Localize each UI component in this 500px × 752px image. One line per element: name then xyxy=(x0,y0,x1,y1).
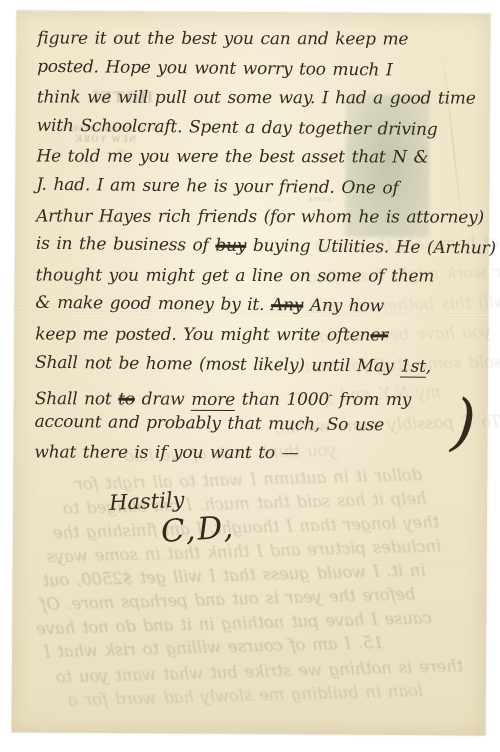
handwriting-line: & make good money by it. Any Any how xyxy=(35,289,480,323)
bleedthrough-line: 15. I am of course willing to risk what … xyxy=(44,633,384,661)
handwriting-segment-u: 1st xyxy=(400,356,426,377)
signature-initials: C,D, xyxy=(160,509,236,550)
handwriting-segment-strike: er xyxy=(370,325,388,345)
bleedthrough-handwriting: at home old than thator work might I am … xyxy=(17,10,491,13)
handwriting-line: He told me you were the best asset that … xyxy=(36,143,481,174)
handwriting-line: think we will pull out some way. I had a… xyxy=(37,84,482,115)
handwriting-segment: & make good money by it. xyxy=(35,293,271,315)
handwriting-segment: with Schoolcraft. Spent a day together d… xyxy=(37,116,438,140)
handwriting-line: figure it out the best you can and keep … xyxy=(37,24,482,55)
handwriting-line: what there is if you want to — xyxy=(34,439,479,470)
handwriting-line: Arthur Hayes rich friends (for whom he i… xyxy=(36,202,481,233)
handwriting-segment: Arthur Hayes rich friends (for whom he i… xyxy=(36,206,484,227)
letter-body: figure it out the best you can and keep … xyxy=(34,24,482,471)
handwriting-segment: think we will pull out some way. I had a… xyxy=(37,88,476,109)
handwriting-line: posted. Hope you wont worry too much I xyxy=(37,52,482,86)
handwriting-segment: Any how xyxy=(303,296,384,317)
handwriting-segment: He told me you were the best asset that … xyxy=(36,147,428,168)
handwriting-line: thought you might get a line on some of … xyxy=(36,261,481,292)
handwriting-line: is in the business of buy buying Utiliti… xyxy=(36,230,481,264)
handwriting-segment-strike: Any xyxy=(271,296,303,316)
handwriting-line: account and probably that much, So use xyxy=(34,407,479,441)
handwriting-line: with Schoolcraft. Spent a day together d… xyxy=(37,112,482,146)
handwriting-segment: than 1000 xyxy=(235,390,329,410)
handwriting-segment: thought you might get a line on some of … xyxy=(36,265,435,286)
handwriting-segment-strike: buy xyxy=(215,236,246,256)
handwriting-line: J. had. I am sure he is your friend. One… xyxy=(36,171,481,205)
handwriting-segment: Shall not be home (most likely) until Ma… xyxy=(35,352,400,376)
letter-paper: HOTEL 40TH TO 141ST STREETS NEW YORK 192… xyxy=(11,10,490,735)
handwriting-segment: buying Utilities. He (Arthur) xyxy=(246,236,496,259)
bleedthrough-line: loan in building me slowly had word for … xyxy=(68,681,424,710)
scanned-letter-screenshot: { "document": { "kind": "handwritten let… xyxy=(0,0,500,752)
handwriting-segment: J. had. I am sure he is your friend. One… xyxy=(36,175,398,199)
handwriting-segment: figure it out the best you can and keep … xyxy=(37,28,408,49)
handwriting-segment: from my xyxy=(332,390,411,410)
handwriting-segment: draw xyxy=(135,390,191,410)
margin-parenthesis: ) xyxy=(450,391,478,454)
handwriting-segment: posted. Hope you wont worry too much I xyxy=(37,56,393,80)
handwriting-line: keep me posted. You might write oftener xyxy=(35,320,480,351)
handwriting-segment: account and probably that much, So use xyxy=(35,411,385,435)
handwriting-line: Shall not to draw more than 1000- from m… xyxy=(35,380,480,411)
handwriting-segment: , xyxy=(426,356,431,376)
handwriting-segment: what there is if you want to — xyxy=(34,443,298,464)
handwriting-segment: is in the business of xyxy=(36,234,216,256)
handwriting-line: Shall not be home (most likely) until Ma… xyxy=(35,348,480,382)
letter-closing: Hastily xyxy=(109,488,185,515)
handwriting-segment-strike: to xyxy=(118,389,135,409)
handwriting-segment: keep me posted. You might write often xyxy=(35,324,370,345)
handwriting-segment-u: more xyxy=(191,390,235,411)
handwriting-segment: Shall not xyxy=(35,389,118,409)
